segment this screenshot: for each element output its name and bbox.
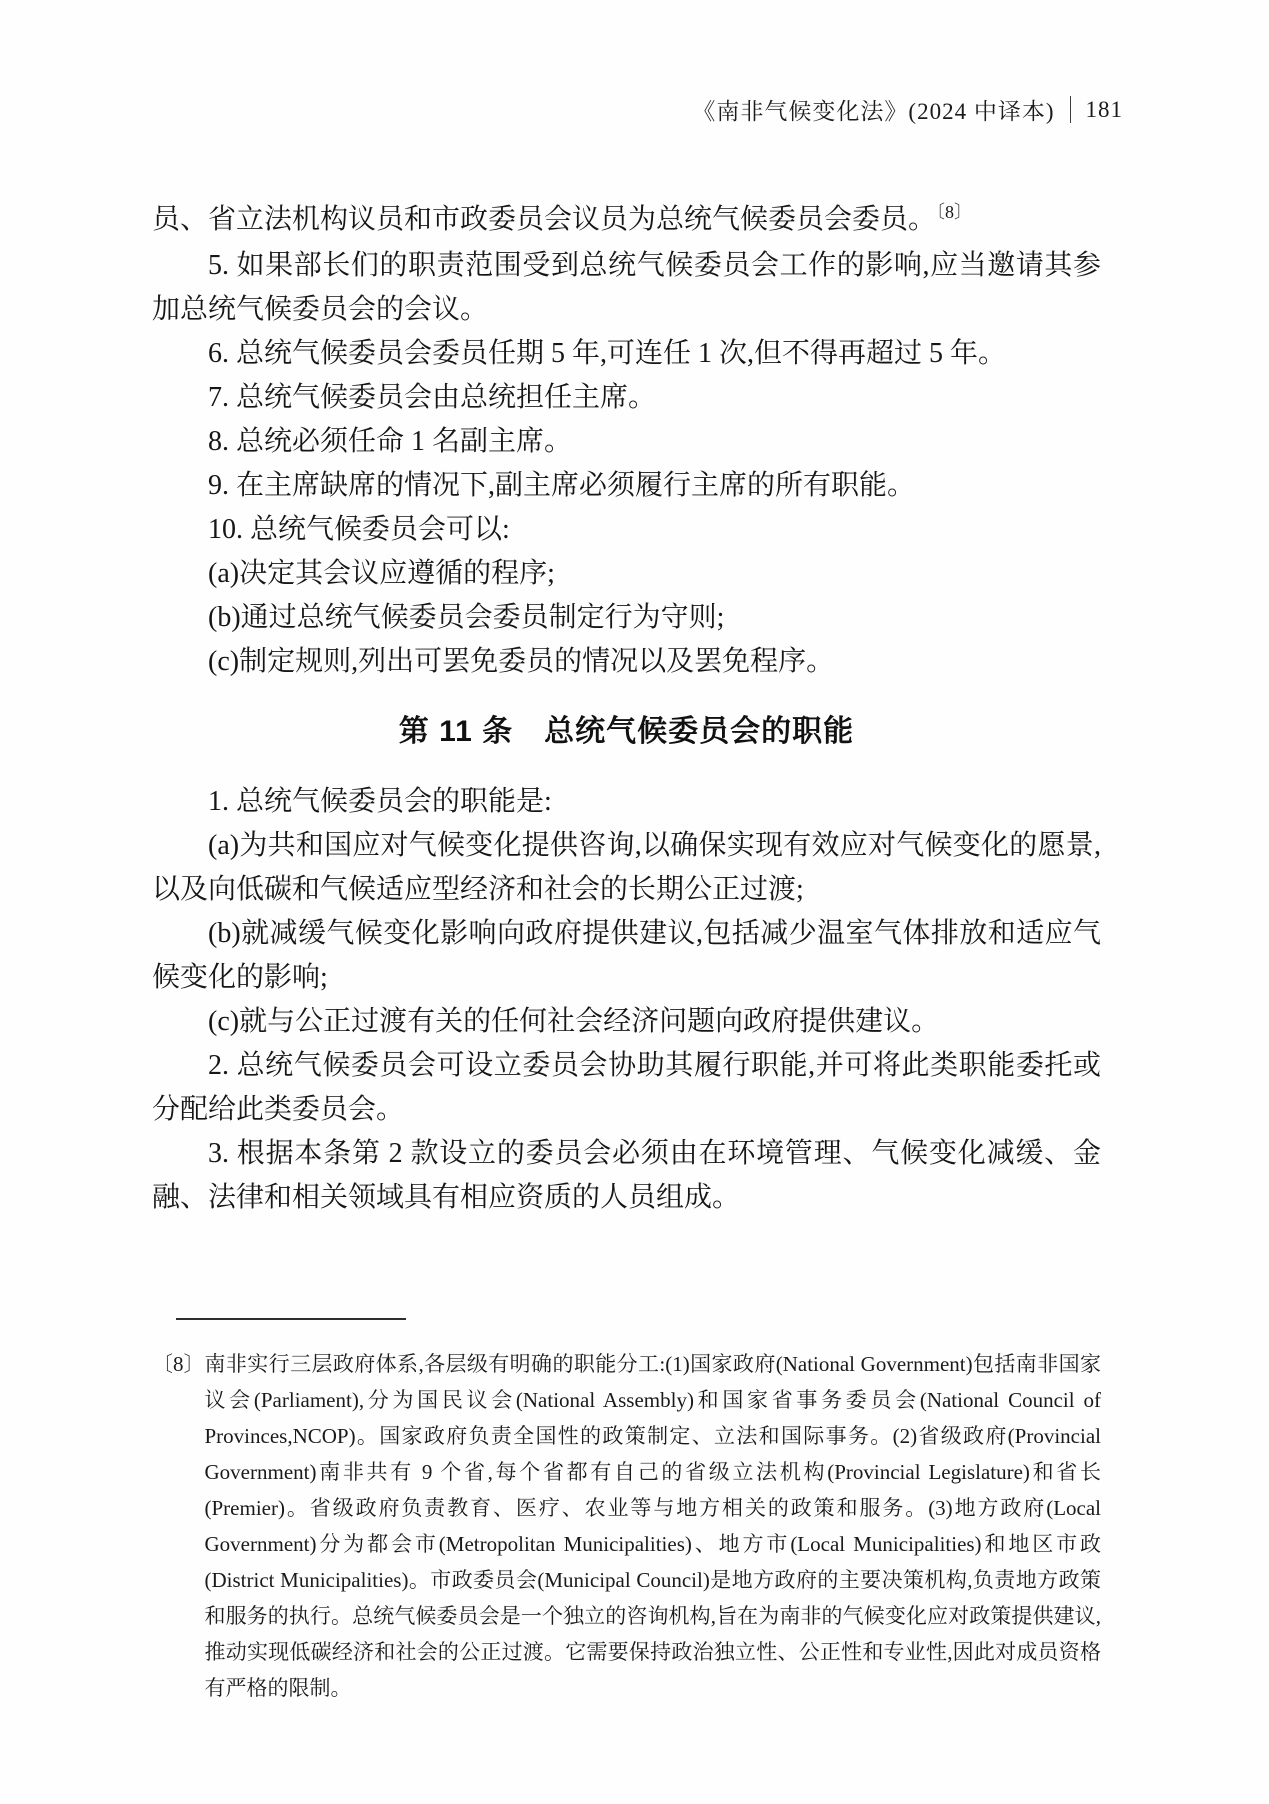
page-body: 员、省立法机构议员和市政委员会议员为总统气候委员会委员。〔8〕 5. 如果部长们… (152, 198, 1101, 1220)
body-paragraph-clause-1: 1. 总统气候委员会的职能是: (152, 780, 1101, 824)
document-page: 《南非气候变化法》(2024 中译本) 181 员、省立法机构议员和市政委员会议… (0, 0, 1269, 1804)
body-paragraph-item-a2: (a)为共和国应对气候变化提供咨询,以确保实现有效应对气候变化的愿景,以及向低碳… (152, 824, 1101, 912)
body-paragraph-item-b2: (b)就减缓气候变化影响向政府提供建议,包括减少温室气体排放和适应气候变化的影响… (152, 912, 1101, 1000)
footnote-row: 〔8〕 南非实行三层政府体系,各层级有明确的职能分工:(1)国家政府(Natio… (152, 1346, 1101, 1706)
article-heading: 第 11 条 总统气候委员会的职能 (152, 708, 1101, 756)
body-paragraph-clause-8: 8. 总统必须任命 1 名副主席。 (152, 420, 1101, 464)
body-paragraph-clause-9: 9. 在主席缺席的情况下,副主席必须履行主席的所有职能。 (152, 464, 1101, 508)
body-paragraph-clause-10: 10. 总统气候委员会可以: (152, 508, 1101, 552)
body-paragraph-clause-7: 7. 总统气候委员会由总统担任主席。 (152, 376, 1101, 420)
body-paragraph-continuation: 员、省立法机构议员和市政委员会议员为总统气候委员会委员。〔8〕 (152, 198, 1101, 244)
body-paragraph-clause-5: 5. 如果部长们的职责范围受到总统气候委员会工作的影响,应当邀请其参加总统气候委… (152, 244, 1101, 332)
page-number: 181 (1086, 97, 1124, 123)
body-paragraph-item-b: (b)通过总统气候委员会委员制定行为守则; (152, 596, 1101, 640)
footnote-divider-rule (176, 1318, 406, 1320)
running-title: 《南非气候变化法》(2024 中译本) (692, 93, 1054, 126)
footnote-area: 〔8〕 南非实行三层政府体系,各层级有明确的职能分工:(1)国家政府(Natio… (152, 1304, 1101, 1706)
body-paragraph-item-a: (a)决定其会议应遵循的程序; (152, 552, 1101, 596)
body-paragraph-text: 员、省立法机构议员和市政委员会议员为总统气候委员会委员。 (152, 204, 936, 235)
body-paragraph-clause-2: 2. 总统气候委员会可设立委员会协助其履行职能,并可将此类职能委托或分配给此类委… (152, 1044, 1101, 1132)
body-paragraph-item-c: (c)制定规则,列出可罢免委员的情况以及罢免程序。 (152, 640, 1101, 684)
footnote-text: 南非实行三层政府体系,各层级有明确的职能分工:(1)国家政府(National … (205, 1346, 1102, 1706)
body-paragraph-clause-3: 3. 根据本条第 2 款设立的委员会必须由在环境管理、气候变化减缓、金融、法律和… (152, 1132, 1101, 1220)
running-header: 《南非气候变化法》(2024 中译本) 181 (692, 93, 1123, 126)
header-divider-rule (1070, 96, 1071, 123)
footnote-label: 〔8〕 (152, 1346, 205, 1706)
body-paragraph-clause-6: 6. 总统气候委员会委员任期 5 年,可连任 1 次,但不得再超过 5 年。 (152, 332, 1101, 376)
body-paragraph-item-c2: (c)就与公正过渡有关的任何社会经济问题向政府提供建议。 (152, 1000, 1101, 1044)
footnote-ref-marker: 〔8〕 (936, 202, 972, 222)
